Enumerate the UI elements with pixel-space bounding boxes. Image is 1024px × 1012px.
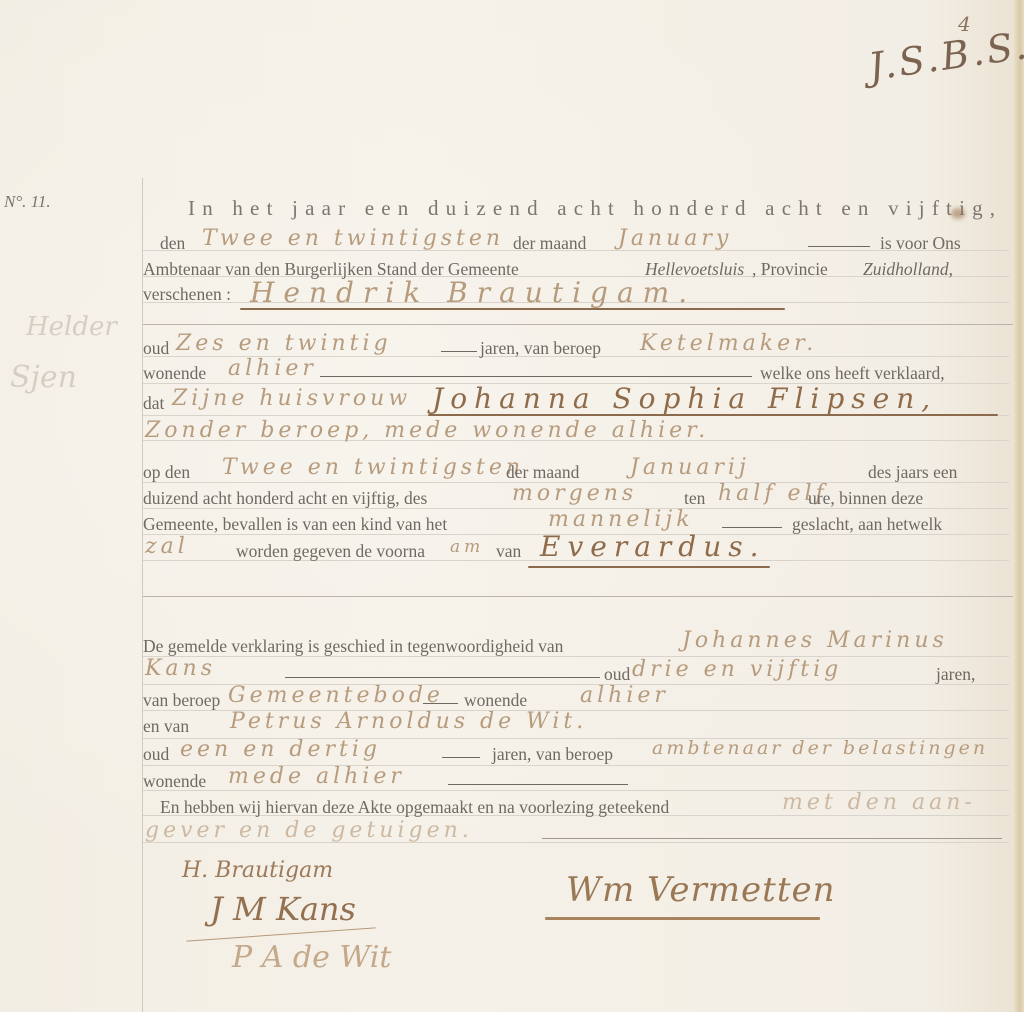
- margin-pencil-note: Sjen: [10, 360, 77, 395]
- margin-pencil-note: Helder: [26, 312, 117, 342]
- label-jaren: jaren,: [936, 664, 975, 685]
- field-child-name: Everardus.: [540, 530, 766, 563]
- opening-phrase: In het jaar een duizend acht honderd ach…: [188, 196, 1002, 221]
- field-birth-time-of-day: morgens: [512, 481, 637, 506]
- label-provincie: , Provincie: [752, 259, 828, 280]
- field-witness2-residence: mede alhier: [228, 764, 405, 789]
- field-mother-name: Johanna Sophia Flipsen,: [432, 382, 937, 415]
- field-voornaam-suffix: am: [450, 537, 484, 557]
- field-witness2-name: Petrus Arnoldus de Wit.: [230, 709, 587, 734]
- label-der-maand: der maand: [506, 462, 579, 483]
- field-declarant-age: Zes en twintig: [176, 331, 392, 356]
- label-tegenwoordigheid: De gemelde verklaring is geschied in teg…: [143, 636, 563, 657]
- signature-father: H. Brautigam: [182, 858, 333, 883]
- field-zal: zal: [145, 534, 189, 559]
- label-oud: oud: [604, 664, 630, 685]
- field-witness1-surname: Kans: [145, 656, 216, 681]
- label-gegeven: worden gegeven de voorna: [236, 541, 425, 562]
- label-wonende: wonende: [464, 690, 527, 711]
- label-ure-binnen: ure, binnen deze: [808, 488, 923, 509]
- field-date-day: Twee en twintigsten: [202, 226, 504, 251]
- field-relation: Zijne huisvrouw: [172, 386, 411, 411]
- label-van-beroep: van beroep: [143, 690, 220, 711]
- label-closing: En hebben wij hiervan deze Akte opgemaak…: [160, 797, 669, 818]
- label-den: den: [160, 233, 185, 254]
- label-is-voor-ons: is voor Ons: [880, 233, 961, 254]
- field-witness1-given-names: Johannes Marinus: [682, 628, 948, 653]
- signature-witness1: J M Kans: [210, 890, 356, 928]
- field-birth-day: Twee en twintigsten: [222, 455, 524, 480]
- field-witness1-age: drie en vijftig: [632, 657, 842, 682]
- signature-witness2: P A de Wit: [232, 940, 391, 975]
- label-op-den: op den: [143, 462, 190, 483]
- corner-number: 4: [958, 12, 971, 36]
- opening-text: In het jaar een duizend acht honderd ach…: [188, 196, 1002, 220]
- label-jaren-beroep: jaren, van beroep: [480, 338, 601, 359]
- label-welke-ons: welke ons heeft verklaard,: [760, 363, 945, 384]
- corner-mark: J.S.B.S.: [866, 23, 1024, 89]
- comma: ,: [949, 259, 953, 279]
- field-declarant-residence: alhier: [228, 356, 317, 381]
- label-en-van: en van: [143, 716, 189, 737]
- record-number: N°. 11.: [4, 192, 51, 212]
- field-witness1-residence: alhier: [580, 683, 669, 708]
- label-ten: ten: [684, 488, 705, 509]
- field-signed-with-cont: gever en de getuigen.: [145, 818, 473, 843]
- field-witness1-occupation: Gemeentebode: [228, 683, 444, 708]
- field-witness2-age: een en dertig: [180, 737, 381, 762]
- page-edge: [1014, 0, 1024, 1012]
- label-wonende: wonende: [143, 363, 206, 384]
- field-child-sex: mannelijk: [548, 507, 694, 532]
- label-wonende: wonende: [143, 771, 206, 792]
- field-declarant-occupation: Ketelmaker.: [640, 331, 817, 356]
- field-mother-details: Zonder beroep, mede wonende alhier.: [145, 418, 709, 443]
- field-witness2-occupation: ambtenaar der belastingen: [652, 737, 988, 759]
- label-year-des: duizend acht honderd acht en vijftig, de…: [143, 488, 427, 509]
- field-birth-month: Januarij: [630, 455, 750, 480]
- signature-official: Wm Vermetten: [566, 870, 836, 910]
- document-page: J.S.B.S. 4 N°. 11. Helder Sjen In het ja…: [0, 0, 1024, 1012]
- corner-mark-text: J.S.B.S.: [866, 23, 1024, 89]
- label-verschenen: verschenen :: [143, 284, 231, 305]
- label-bevallen: Gemeente, bevallen is van een kind van h…: [143, 514, 447, 535]
- label-jaren-beroep: jaren, van beroep: [492, 744, 613, 765]
- label-des-jaars: des jaars een: [868, 462, 957, 483]
- label-dat: dat: [143, 393, 164, 414]
- label-oud: oud: [143, 744, 169, 765]
- field-signed-with: met den aan-: [782, 790, 976, 815]
- label-geslacht: geslacht, aan hetwelk: [792, 514, 942, 535]
- province: Zuidholland,: [863, 259, 953, 280]
- label-oud: oud: [143, 338, 169, 359]
- label-der-maand: der maand: [513, 233, 586, 254]
- field-date-month: January: [618, 226, 732, 251]
- ink-stain: [951, 208, 965, 219]
- province-name: Zuidholland: [863, 259, 949, 279]
- field-declarant-name: Hendrik Brautigam.: [250, 276, 696, 309]
- label-van: van: [496, 541, 521, 562]
